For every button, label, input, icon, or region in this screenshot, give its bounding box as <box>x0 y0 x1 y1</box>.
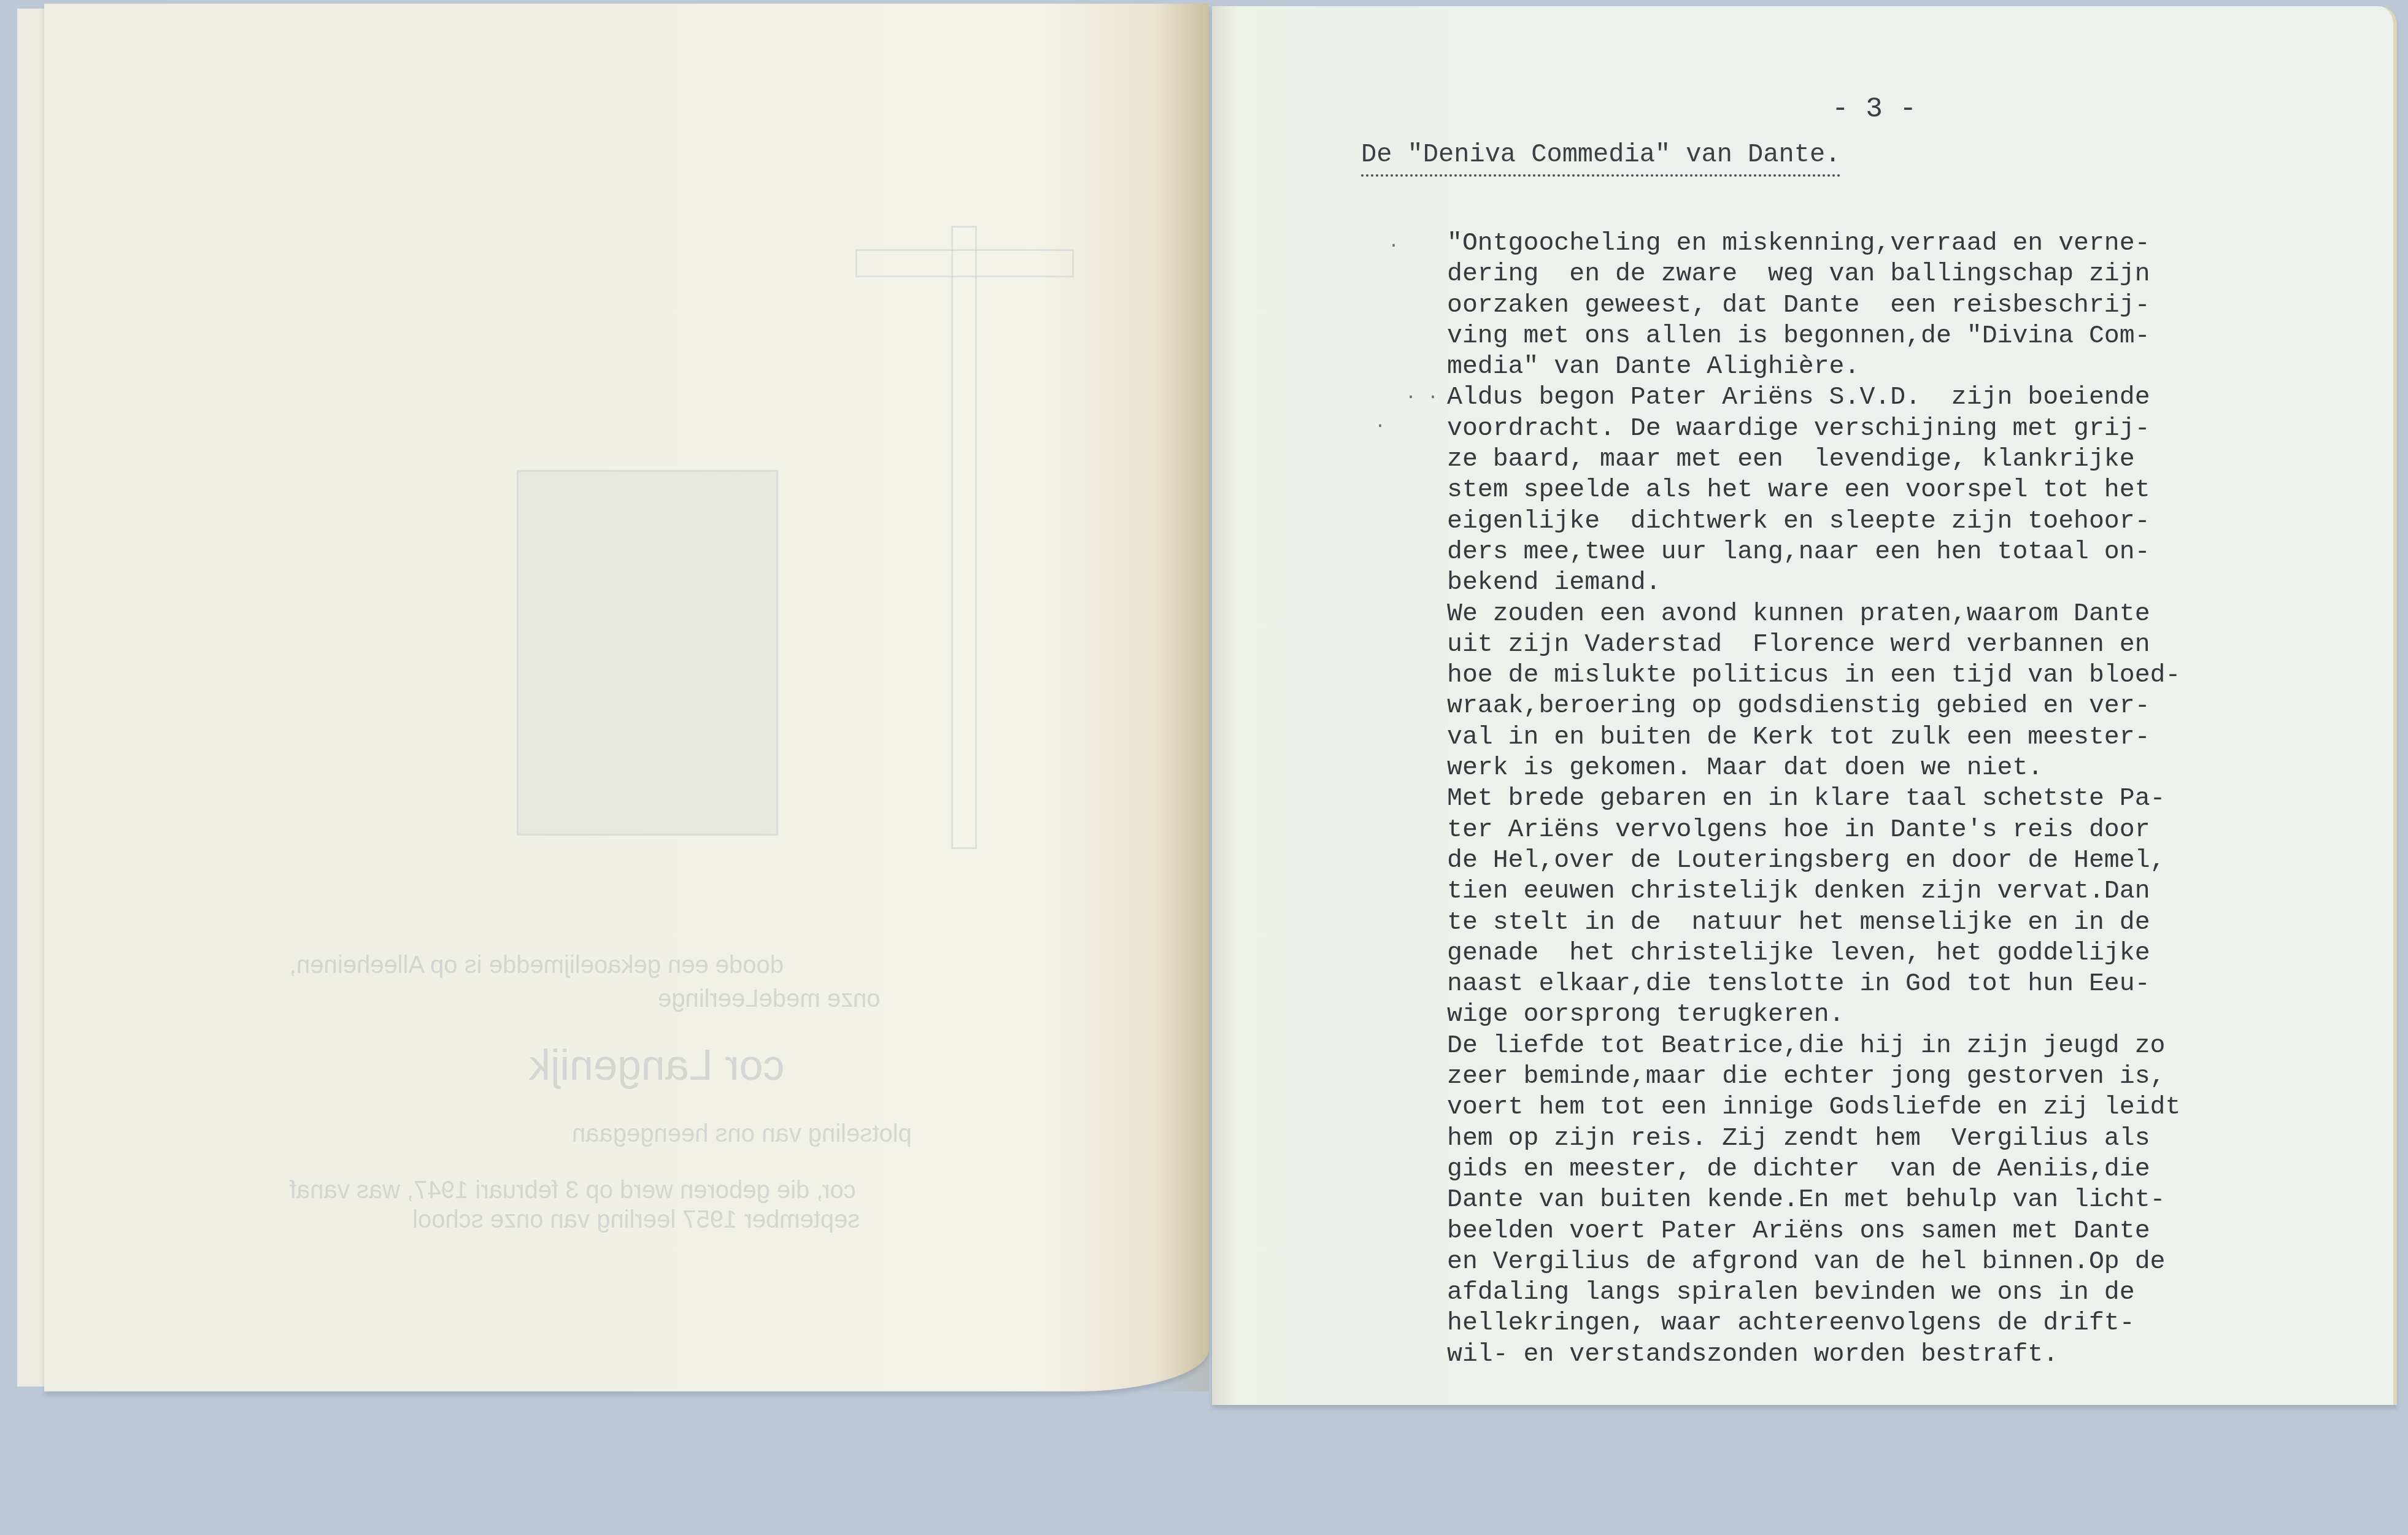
show-through-photo-frame <box>517 470 778 836</box>
back-cover-edge <box>17 9 47 1387</box>
text-line: ving met ons allen is begonnen,de "Divin… <box>1447 321 2331 352</box>
text-line: hem op zijn reis. Zij zendt hem Vergiliu… <box>1447 1123 2331 1154</box>
text-line: hoe de mislukte politicus in een tijd va… <box>1447 660 2331 691</box>
text-line: te stelt in de natuur het menselijke en … <box>1447 907 2331 938</box>
text-line: oorzaken geweest, dat Dante een reisbesc… <box>1447 290 2331 321</box>
text-line: beelden voert Pater Ariëns ons samen met… <box>1447 1216 2331 1247</box>
text-line: wige oorsprong terugkeren. <box>1447 999 2331 1030</box>
margin-dot: . <box>1388 232 1399 253</box>
text-line: naast elkaar,die tenslotte in God tot hu… <box>1447 969 2331 999</box>
text-line: bekend iemand. <box>1447 567 2331 598</box>
show-through-line: cor, die geboren werd op 3 februari 1947… <box>290 1177 856 1204</box>
text-line: dering en de zware weg van ballingschap … <box>1447 259 2331 290</box>
text-line: ter Ariëns vervolgens hoe in Dante's rei… <box>1447 815 2331 845</box>
text-line: afdaling langs spiralen bevinden we ons … <box>1447 1277 2331 1308</box>
text-line: media" van Dante Alighière. <box>1447 352 2331 382</box>
margin-dot: . . <box>1405 383 1438 404</box>
show-through-name: cor Langenijk <box>529 1041 784 1090</box>
text-line: voordracht. De waardige verschijning met… <box>1447 414 2331 444</box>
text-line: de Hel,over de Louteringsberg en door de… <box>1447 845 2331 876</box>
text-line: We zouden een avond kunnen praten,waarom… <box>1447 599 2331 629</box>
show-through-cross-bar <box>855 249 1074 277</box>
text-line: voert hem tot een innige Godsliefde en z… <box>1447 1092 2331 1123</box>
text-line: "Ontgoocheling en miskenning,verraad en … <box>1447 228 2331 259</box>
text-line: uit zijn Vaderstad Florence werd verbann… <box>1447 629 2331 660</box>
margin-dot: . <box>1375 412 1386 433</box>
text-line: wil- en verstandszonden worden bestraft. <box>1447 1339 2331 1370</box>
article-heading: De "Deniva Commedia" van Dante. <box>1361 140 1840 177</box>
article-body: "Ontgoocheling en miskenning,verraad en … <box>1447 228 2331 1370</box>
show-through-line: doode een gekaoelijmedde is op Alleehein… <box>290 952 784 979</box>
text-line: zeer beminde,maar die echter jong gestor… <box>1447 1061 2331 1092</box>
text-line: val in en buiten de Kerk tot zulk een me… <box>1447 722 2331 753</box>
text-line: werk is gekomen. Maar dat doen we niet. <box>1447 753 2331 783</box>
text-line: De liefde tot Beatrice,die hij in zijn j… <box>1447 1031 2331 1061</box>
text-line: ders mee,twee uur lang,naar een hen tota… <box>1447 537 2331 567</box>
text-line: wraak,beroering op godsdienstig gebied e… <box>1447 691 2331 721</box>
text-line: gids en meester, de dichter van de Aenii… <box>1447 1154 2331 1185</box>
text-line: en Vergilius de afgrond van de hel binne… <box>1447 1247 2331 1277</box>
show-through-cross-icon <box>951 226 977 849</box>
show-through-line: september 1957 leerling van onze school <box>412 1206 860 1234</box>
text-line: genade het christelijke leven, het godde… <box>1447 938 2331 969</box>
page-number: - 3 - <box>1832 93 1916 125</box>
text-line: eigenlijke dichtwerk en sleepte zijn toe… <box>1447 506 2331 537</box>
text-line: Aldus begon Pater Ariëns S.V.D. zijn boe… <box>1447 382 2331 413</box>
text-line: stem speelde als het ware een voorspel t… <box>1447 475 2331 506</box>
left-page: doode een gekaoelijmedde is op Alleehein… <box>44 4 1209 1391</box>
text-line: Met brede gebaren en in klare taal schet… <box>1447 783 2331 814</box>
text-line: ze baard, maar met een levendige, klankr… <box>1447 444 2331 475</box>
show-through-line: onze medeLeerlinge <box>658 985 880 1013</box>
text-line: tien eeuwen christelijk denken zijn verv… <box>1447 876 2331 907</box>
text-line: Dante van buiten kende.En met behulp van… <box>1447 1185 2331 1215</box>
show-through-line: plotseling van ons heengegaan <box>572 1120 912 1148</box>
text-line: hellekringen, waar achtereenvolgens de d… <box>1447 1308 2331 1339</box>
